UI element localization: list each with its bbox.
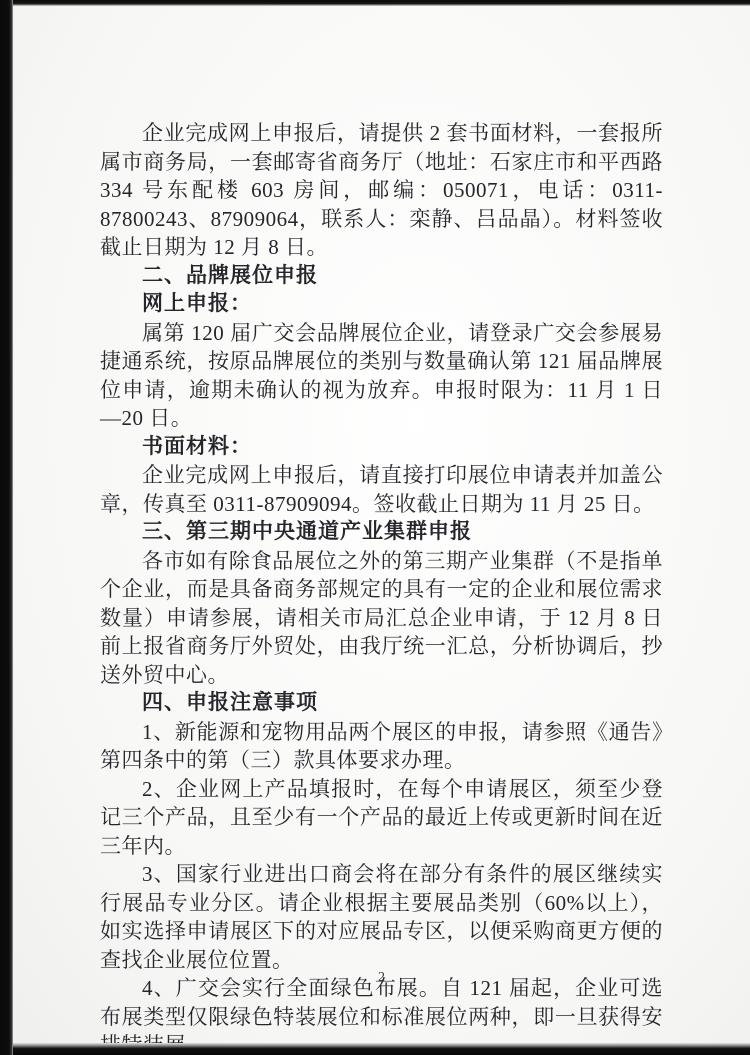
document-body: 企业完成网上申报后，请提供 2 套书面材料，一套报所属市商务局，一套邮寄省商务厅… bbox=[100, 119, 663, 1055]
page-number: 2 bbox=[100, 970, 663, 986]
subheading-written-materials: 书面材料： bbox=[100, 433, 663, 462]
paragraph-note-1: 1、新能源和宠物用品两个展区的申报，请参照《通告》第四条中的第（三）款具体要求办… bbox=[100, 718, 663, 775]
section-heading-notes: 四、申报注意事项 bbox=[100, 689, 663, 718]
section-heading-industry-cluster: 三、第三期中央通道产业集群申报 bbox=[100, 518, 663, 547]
paragraph-industry-cluster: 各市如有除食品展位之外的第三期产业集群（不是指单个企业，而是具备商务部规定的具有… bbox=[100, 547, 663, 690]
subheading-online-application: 网上申报： bbox=[100, 290, 663, 319]
paragraph-note-2: 2、企业网上产品填报时，在每个申请展区，须至少登记三个产品，且至少有一个产品的最… bbox=[100, 775, 663, 861]
scan-edge-bottom bbox=[0, 1043, 750, 1055]
paragraph-written-materials: 企业完成网上申报后，请直接打印展位申请表并加盖公章，传真至 0311-87909… bbox=[100, 461, 663, 518]
paragraph-note-3: 3、国家行业进出口商会将在部分有条件的展区继续实行展品专业分区。请企业根据主要展… bbox=[100, 860, 663, 974]
paragraph-online-application: 属第 120 届广交会品牌展位企业，请登录广交会参展易捷通系统，按原品牌展位的类… bbox=[100, 319, 663, 433]
scan-edge-left bbox=[0, 0, 13, 1055]
paragraph-written-materials-intro: 企业完成网上申报后，请提供 2 套书面材料，一套报所属市商务局，一套邮寄省商务厅… bbox=[100, 119, 663, 262]
section-heading-brand-booth: 二、品牌展位申报 bbox=[100, 262, 663, 291]
scan-edge-top bbox=[0, 0, 750, 6]
